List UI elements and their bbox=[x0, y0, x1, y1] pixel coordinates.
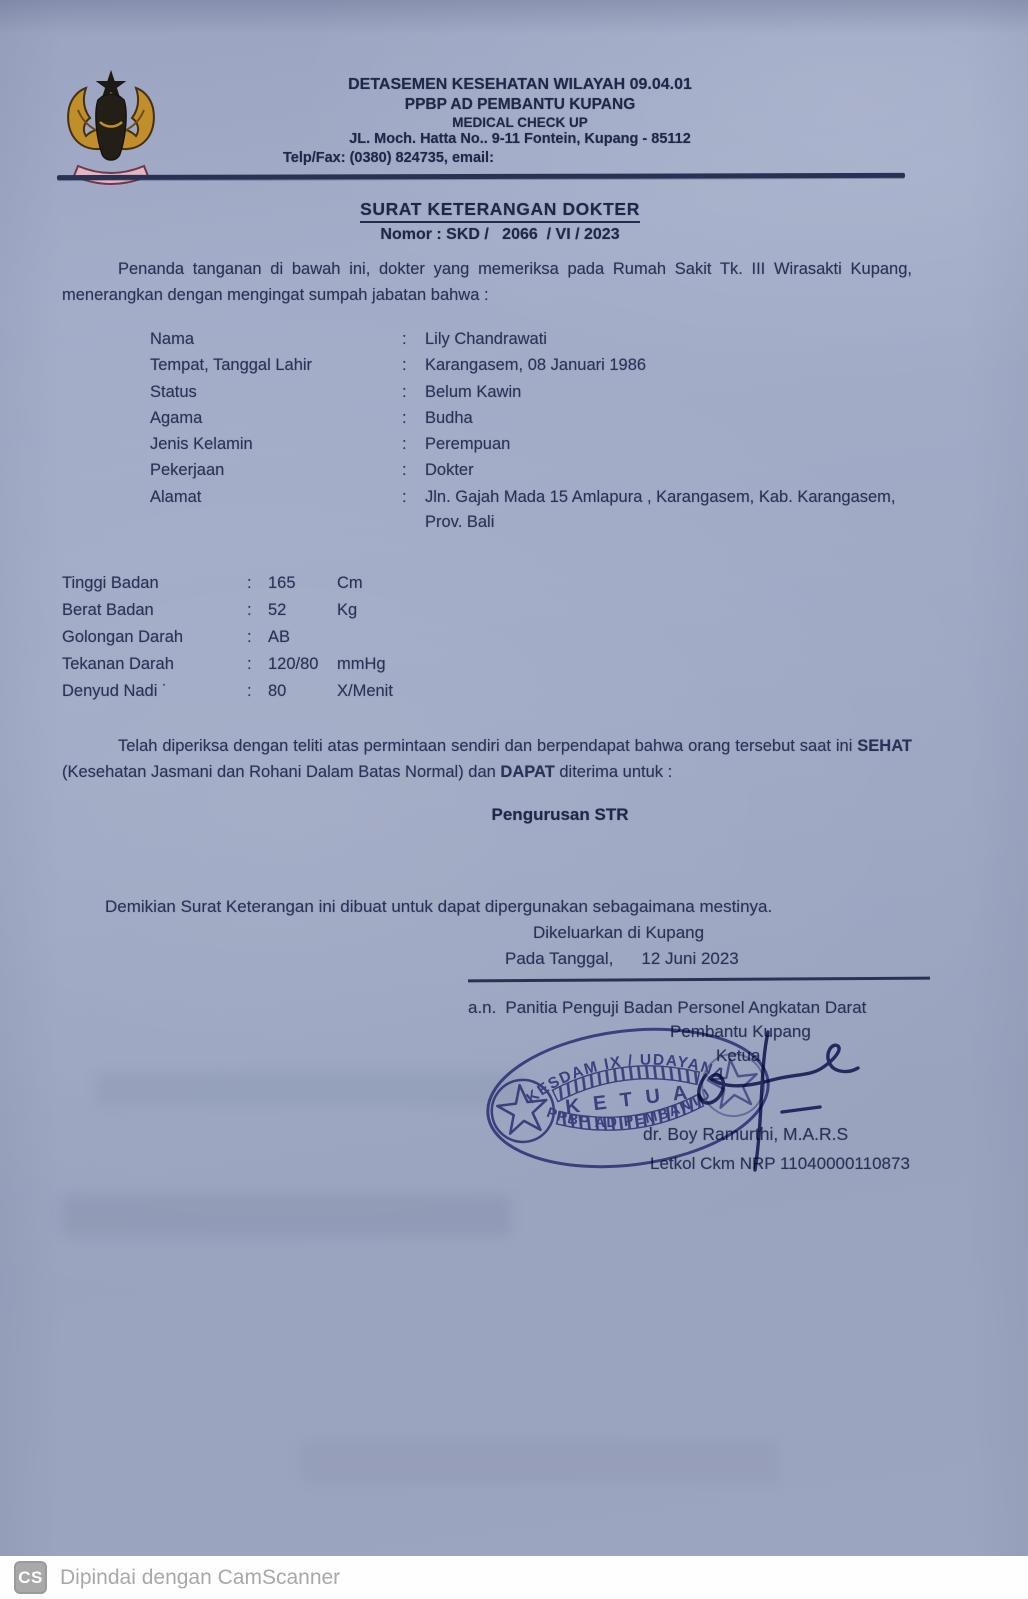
colon: : bbox=[247, 574, 268, 593]
vital-label: Tinggi Badan bbox=[62, 574, 247, 593]
opening-paragraph: Penanda tanganan di bawah ini, dokter ya… bbox=[62, 256, 912, 308]
vital-label: Denyud Nadi ˙ bbox=[62, 682, 247, 701]
vital-label: Tekanan Darah bbox=[62, 655, 247, 674]
vital-label: Berat Badan bbox=[62, 601, 247, 620]
vitals-table: Tinggi Badan:165Cm Berat Badan:52Kg Golo… bbox=[62, 574, 662, 709]
colon: : bbox=[247, 601, 268, 620]
bio-table: Nama:Lily Chandrawati Tempat, Tanggal La… bbox=[150, 327, 940, 535]
vital-row-tinggi: Tinggi Badan:165Cm bbox=[62, 574, 662, 601]
bio-label: Agama bbox=[150, 406, 402, 431]
org-address-line: JL. Moch. Hatta No.. 9-11 Fontein, Kupan… bbox=[300, 131, 740, 147]
date-value: 12 Juni 2023 bbox=[641, 949, 738, 968]
bio-label: Tempat, Tanggal Lahir bbox=[150, 353, 402, 378]
an-label: a.n. bbox=[468, 998, 496, 1017]
bio-value: Karangasem, 08 Januari 1986 bbox=[425, 353, 925, 378]
bio-row-status: Status:Belum Kawin bbox=[150, 380, 940, 406]
vital-value: 120/80 bbox=[268, 655, 337, 674]
org-name-line2: PPBP AD PEMBANTU KUPANG bbox=[300, 96, 740, 114]
vital-value: 165 bbox=[268, 574, 337, 593]
result-sehat: SEHAT bbox=[857, 737, 912, 755]
page-title: SURAT KETERANGAN DOKTER bbox=[360, 199, 640, 223]
colon: : bbox=[402, 485, 425, 510]
org-dept-line: MEDICAL CHECK UP bbox=[300, 115, 740, 130]
colon: : bbox=[247, 682, 268, 701]
vital-row-berat: Berat Badan:52Kg bbox=[62, 601, 662, 628]
colon: : bbox=[402, 432, 425, 457]
vital-unit: X/Menit bbox=[337, 682, 393, 701]
camscanner-footer: CS Dipindai dengan CamScanner bbox=[0, 1556, 1028, 1599]
vital-row-denyut-nadi: Denyud Nadi ˙:80X/Menit bbox=[62, 682, 662, 709]
header-divider bbox=[57, 173, 905, 180]
bio-row-agama: Agama:Budha bbox=[150, 406, 940, 432]
bio-label: Nama bbox=[150, 327, 402, 352]
issued-date-line: Pada Tanggal,12 Juni 2023 bbox=[505, 949, 739, 969]
bleed-through-smudge bbox=[95, 1072, 525, 1106]
bio-value: Budha bbox=[425, 406, 925, 431]
camscanner-logo-text: CS bbox=[18, 1568, 43, 1588]
scanned-document-page: DETASEMEN KESEHATAN WILAYAH 09.04.01 PPB… bbox=[0, 0, 1028, 1599]
vital-label: Golongan Darah bbox=[62, 628, 247, 647]
result-text: (Kesehatan Jasmani dan Rohani Dalam Bata… bbox=[62, 763, 500, 781]
bio-row-nama: Nama:Lily Chandrawati bbox=[150, 327, 940, 353]
colon: : bbox=[402, 406, 425, 431]
vital-value: 52 bbox=[268, 601, 337, 620]
bleed-through-smudge bbox=[62, 1195, 512, 1237]
vital-unit: Kg bbox=[337, 601, 357, 620]
bio-value: Dokter bbox=[425, 458, 925, 483]
issued-at-line: Dikeluarkan di Kupang bbox=[533, 923, 704, 943]
vital-unit: mmHg bbox=[337, 655, 386, 674]
bio-row-pekerjaan: Pekerjaan:Dokter bbox=[150, 458, 940, 484]
bio-row-jenis-kelamin: Jenis Kelamin:Perempuan bbox=[150, 432, 940, 458]
result-paragraph: Telah diperiksa dengan teliti atas permi… bbox=[62, 733, 912, 785]
org-name-line1: DETASEMEN KESEHATAN WILAYAH 09.04.01 bbox=[300, 76, 740, 94]
bio-label: Jenis Kelamin bbox=[150, 432, 402, 457]
bio-value: Jln. Gajah Mada 15 Amlapura , Karangasem… bbox=[425, 485, 925, 535]
signature-divider bbox=[468, 977, 930, 982]
colon: : bbox=[247, 628, 268, 647]
bleed-through-smudge bbox=[300, 1440, 780, 1484]
vital-value: AB bbox=[268, 628, 337, 647]
document-number: Nomor : SKD / 2066 / VI / 2023 bbox=[0, 226, 1000, 244]
bio-row-alamat: Alamat:Jln. Gajah Mada 15 Amlapura , Kar… bbox=[150, 485, 940, 535]
bio-value: Lily Chandrawati bbox=[425, 327, 925, 352]
closing-line: Demikian Surat Keterangan ini dibuat unt… bbox=[105, 897, 772, 917]
camscanner-footer-text: Dipindai dengan CamScanner bbox=[60, 1566, 340, 1590]
result-text: diterima untuk : bbox=[555, 763, 672, 781]
vital-row-golongan-darah: Golongan Darah:AB bbox=[62, 628, 662, 655]
bio-value: Perempuan bbox=[425, 432, 925, 457]
paper: DETASEMEN KESEHATAN WILAYAH 09.04.01 PPB… bbox=[0, 0, 1028, 1556]
eagle-body-icon bbox=[96, 94, 126, 160]
bio-label: Pekerjaan bbox=[150, 458, 402, 483]
date-label: Pada Tanggal, bbox=[505, 949, 613, 968]
bio-label: Status bbox=[150, 380, 402, 405]
bio-row-ttl: Tempat, Tanggal Lahir:Karangasem, 08 Jan… bbox=[150, 353, 940, 379]
result-dapat: DAPAT bbox=[500, 763, 554, 781]
vital-value: 80 bbox=[268, 682, 337, 701]
colon: : bbox=[402, 327, 425, 352]
colon: : bbox=[247, 655, 268, 674]
handwritten-signature bbox=[660, 1018, 900, 1183]
colon: : bbox=[402, 353, 425, 378]
org-contact-line: Telp/Fax: (0380) 824735, email: bbox=[283, 150, 494, 166]
result-text: Telah diperiksa dengan teliti atas permi… bbox=[118, 737, 857, 755]
bio-label: Alamat bbox=[150, 485, 402, 510]
camscanner-logo-icon: CS bbox=[14, 1561, 47, 1594]
colon: : bbox=[402, 458, 425, 483]
purpose-line: Pengurusan STR bbox=[90, 805, 1028, 825]
vital-unit: Cm bbox=[337, 574, 363, 593]
vital-row-tekanan-darah: Tekanan Darah:120/80mmHg bbox=[62, 655, 662, 682]
bio-value: Belum Kawin bbox=[425, 380, 925, 405]
colon: : bbox=[402, 380, 425, 405]
